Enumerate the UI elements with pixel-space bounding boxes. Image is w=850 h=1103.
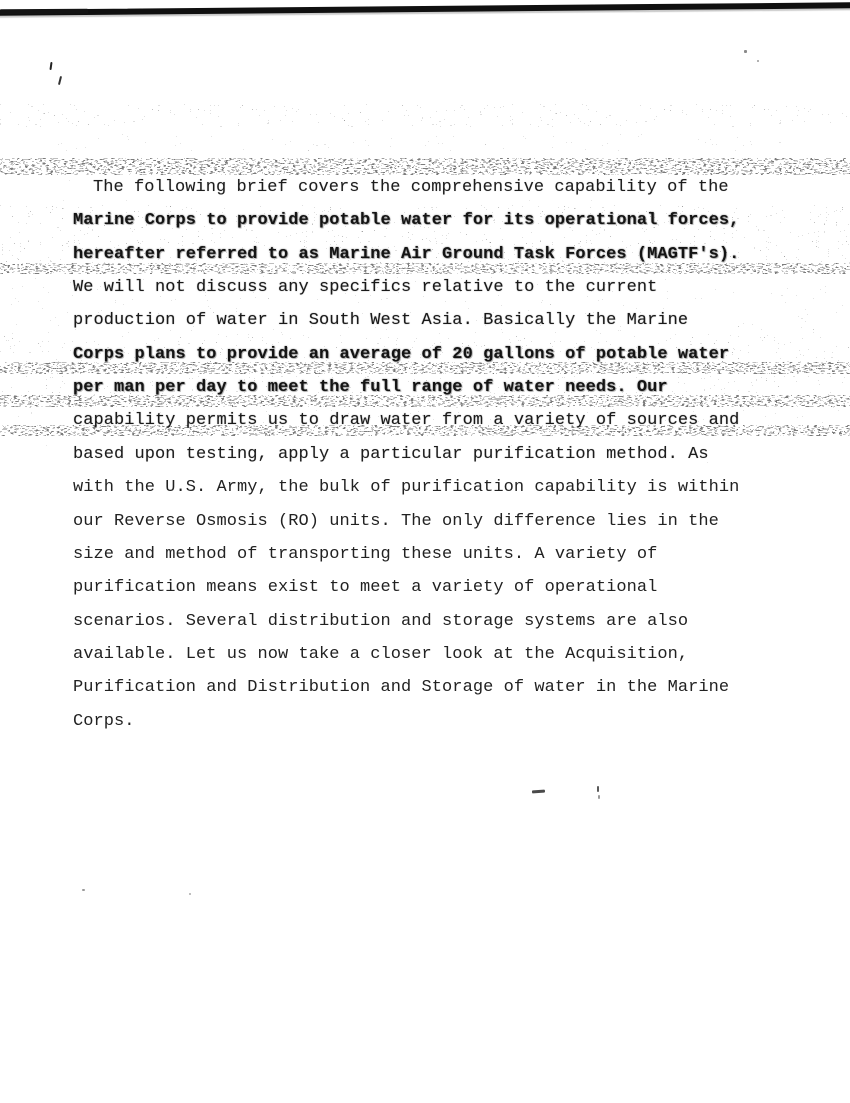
text-line: We will not discuss any specifics relati… — [73, 278, 657, 298]
stray-dash-mark — [532, 790, 545, 794]
text-line: size and method of transporting these un… — [73, 545, 657, 565]
stray-speck — [757, 60, 759, 62]
text-line: capability permits us to draw water from… — [73, 411, 739, 431]
text-line: hereafter referred to as Marine Air Grou… — [73, 245, 739, 265]
stray-tick-mark — [49, 62, 52, 70]
stray-tick-mark — [58, 76, 62, 85]
stray-speck — [744, 50, 747, 53]
text-line: Purification and Distribution and Storag… — [73, 678, 729, 698]
text-line: purification means exist to meet a varie… — [73, 578, 657, 598]
stray-speck — [189, 893, 191, 895]
text-line: our Reverse Osmosis (RO) units. The only… — [73, 512, 719, 532]
scan-noise-band — [0, 158, 850, 175]
stray-speck — [82, 889, 85, 891]
text-line: Corps. — [73, 712, 135, 732]
text-line: with the U.S. Army, the bulk of purifica… — [73, 478, 739, 498]
stray-speck — [598, 795, 600, 799]
text-line: Marine Corps to provide potable water fo… — [73, 211, 739, 231]
text-line: The following brief covers the comprehen… — [93, 178, 729, 198]
stray-tick-mark — [597, 786, 599, 792]
text-line: Corps plans to provide an average of 20 … — [73, 345, 729, 365]
text-line: available. Let us now take a closer look… — [73, 645, 688, 665]
text-line: based upon testing, apply a particular p… — [73, 445, 709, 465]
scan-edge-artifact-left — [0, 9, 88, 14]
scanned-page: The following brief covers the comprehen… — [0, 0, 850, 1103]
text-line: per man per day to meet the full range o… — [73, 378, 668, 398]
scan-noise-band — [55, 134, 795, 151]
scan-edge-artifact — [0, 2, 850, 16]
scan-noise-band — [0, 103, 850, 127]
text-line: production of water in South West Asia. … — [73, 311, 688, 331]
text-line: scenarios. Several distribution and stor… — [73, 612, 688, 632]
